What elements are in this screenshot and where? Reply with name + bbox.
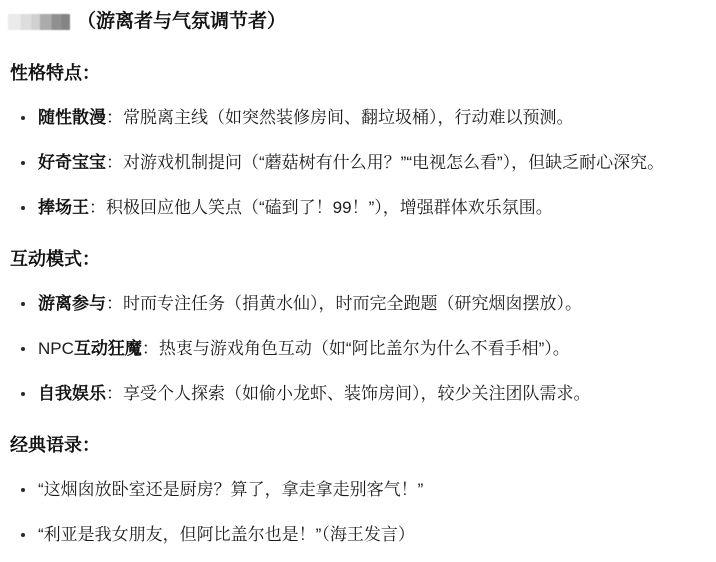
item-text: ：对游戏机制提问（“蘑菇树有什么用？”“电视怎么看”），但缺乏耐心深究。 <box>106 153 664 172</box>
bullet-dot <box>21 392 25 396</box>
bullet-dot <box>21 533 25 537</box>
item-text: “这烟囱放卧室还是厨房？算了，拿走拿走别客气！” <box>38 480 423 499</box>
bullet-dot <box>21 161 25 165</box>
item-term: 互动狂魔 <box>74 339 142 358</box>
bullet-dot <box>21 302 25 306</box>
page-title-suffix: （游离者与气氛调节者） <box>77 10 286 34</box>
bullet-dot <box>21 488 25 492</box>
list-item: NPC互动狂魔：热衷与游戏角色互动（如“阿比盖尔为什么不看手相”）。 <box>8 337 706 361</box>
bullet-dot <box>21 347 25 351</box>
section-heading-quotes: 经典语录： <box>10 433 706 457</box>
item-term: 自我娱乐 <box>38 384 106 403</box>
list-item: 捧场王：积极回应他人笑点（“磕到了！99！”），增强群体欢乐氛围。 <box>8 196 706 220</box>
item-term: 随性散漫 <box>38 108 106 127</box>
list-item: 游离参与：时而专注任务（捐黄水仙），时而完全跑题（研究烟囱摆放）。 <box>8 292 706 316</box>
list-item: 随性散漫：常脱离主线（如突然装修房间、翻垃圾桶），行动难以预测。 <box>8 106 706 130</box>
item-text: “利亚是我女朋友，但阿比盖尔也是！”（海王发言） <box>38 525 415 544</box>
item-text: ：常脱离主线（如突然装修房间、翻垃圾桶），行动难以预测。 <box>106 108 574 127</box>
item-text: ：积极回应他人笑点（“磕到了！99！”），增强群体欢乐氛围。 <box>89 198 553 217</box>
item-prefix: NPC <box>38 339 74 358</box>
item-term: 捧场王 <box>38 198 89 217</box>
item-term: 游离参与 <box>38 294 106 313</box>
section-heading-interaction: 互动模式： <box>10 247 706 271</box>
section-heading-personality: 性格特点： <box>10 61 706 85</box>
item-term: 好奇宝宝 <box>38 153 106 172</box>
list-item: 好奇宝宝：对游戏机制提问（“蘑菇树有什么用？”“电视怎么看”），但缺乏耐心深究。 <box>8 151 706 175</box>
list-item: “利亚是我女朋友，但阿比盖尔也是！”（海王发言） <box>8 523 706 547</box>
redacted-name-block <box>8 14 70 30</box>
item-text: ：时而专注任务（捐黄水仙），时而完全跑题（研究烟囱摆放）。 <box>106 294 582 313</box>
document-page: （游离者与气氛调节者） 性格特点： 随性散漫：常脱离主线（如突然装修房间、翻垃圾… <box>0 10 716 547</box>
item-text: ：热衷与游戏角色互动（如“阿比盖尔为什么不看手相”）。 <box>142 339 570 358</box>
bullet-dot <box>21 116 25 120</box>
page-title: （游离者与气氛调节者） <box>8 10 706 34</box>
list-item: 自我娱乐：享受个人探索（如偷小龙虾、装饰房间），较少关注团队需求。 <box>8 382 706 406</box>
item-text: ：享受个人探索（如偷小龙虾、装饰房间），较少关注团队需求。 <box>106 384 591 403</box>
bullet-dot <box>21 206 25 210</box>
list-item: “这烟囱放卧室还是厨房？算了，拿走拿走别客气！” <box>8 478 706 502</box>
